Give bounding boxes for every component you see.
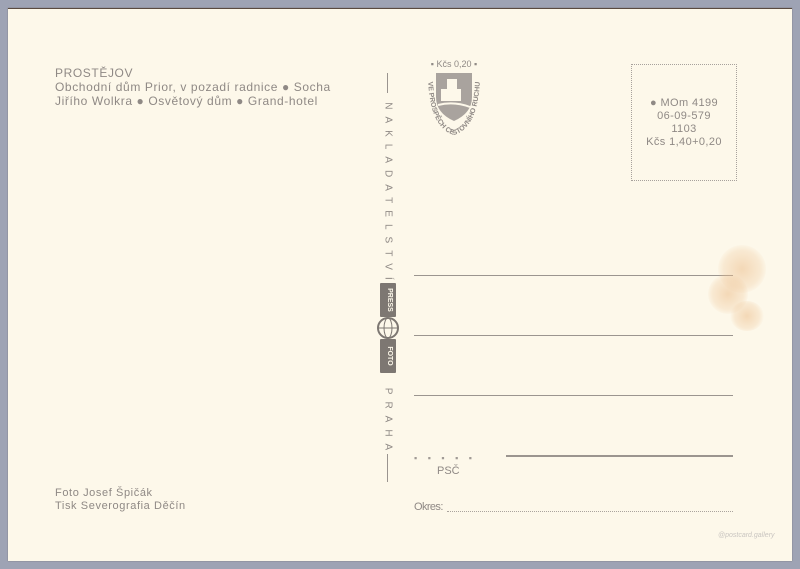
address-line-2[interactable] (414, 335, 733, 336)
postal-code-label: PSČ (437, 465, 460, 477)
stamp-area: ● MOm 4199 06-09-579 1103 Kčs 1,40+0,20 (631, 64, 737, 181)
caption-line-1: Obchodní dům Prior, v pozadí radnice ● S… (55, 80, 331, 94)
publisher-top-text: NAKLADATELSTVÍ (383, 102, 394, 287)
stamp-series: 1103 (632, 123, 736, 136)
stain (730, 301, 764, 331)
pressfoto-logo-icon: PRESS FOTO (376, 283, 400, 373)
svg-text:PRESS: PRESS (386, 288, 393, 312)
stamp-code: ● MOm 4199 (632, 97, 736, 110)
district-label: Okres: (414, 501, 443, 513)
postcard-back: PROSTĚJOV Obchodní dům Prior, v pozadí r… (8, 8, 792, 561)
stamp-price: Kčs 1,40+0,20 (632, 136, 736, 149)
svg-text:FOTO: FOTO (386, 346, 393, 366)
photo-credit: Foto Josef Špičák (55, 487, 186, 500)
divider-line-top (387, 73, 388, 93)
divider-line-bottom (387, 454, 388, 482)
tourism-stamp-icon: ▪ Kčs 0,20 ▪ VE PROSPĚCH CESTOVNÍHO RUCH… (414, 55, 494, 145)
address-line-4[interactable] (506, 455, 733, 457)
credits-block: Foto Josef Špičák Tisk Severografia Děčí… (55, 487, 186, 513)
district-field[interactable] (447, 511, 733, 512)
address-line-3[interactable] (414, 395, 733, 396)
watermark: @postcard.gallery (718, 532, 775, 539)
stamp-number: 06-09-579 (632, 110, 736, 123)
print-credit: Tisk Severografia Děčín (55, 500, 186, 513)
publisher-bottom-text: PRAHA (383, 388, 394, 457)
svg-text:▪ Kčs 0,20 ▪: ▪ Kčs 0,20 ▪ (431, 59, 477, 69)
caption-line-2: Jiřího Wolkra ● Osvětový dům ● Grand-hot… (55, 94, 331, 108)
postal-code-boxes[interactable]: ▪ ▪ ▪ ▪ ▪ (414, 453, 476, 463)
caption-block: PROSTĚJOV Obchodní dům Prior, v pozadí r… (55, 66, 331, 108)
caption-title: PROSTĚJOV (55, 66, 331, 80)
address-line-1[interactable] (414, 275, 733, 276)
